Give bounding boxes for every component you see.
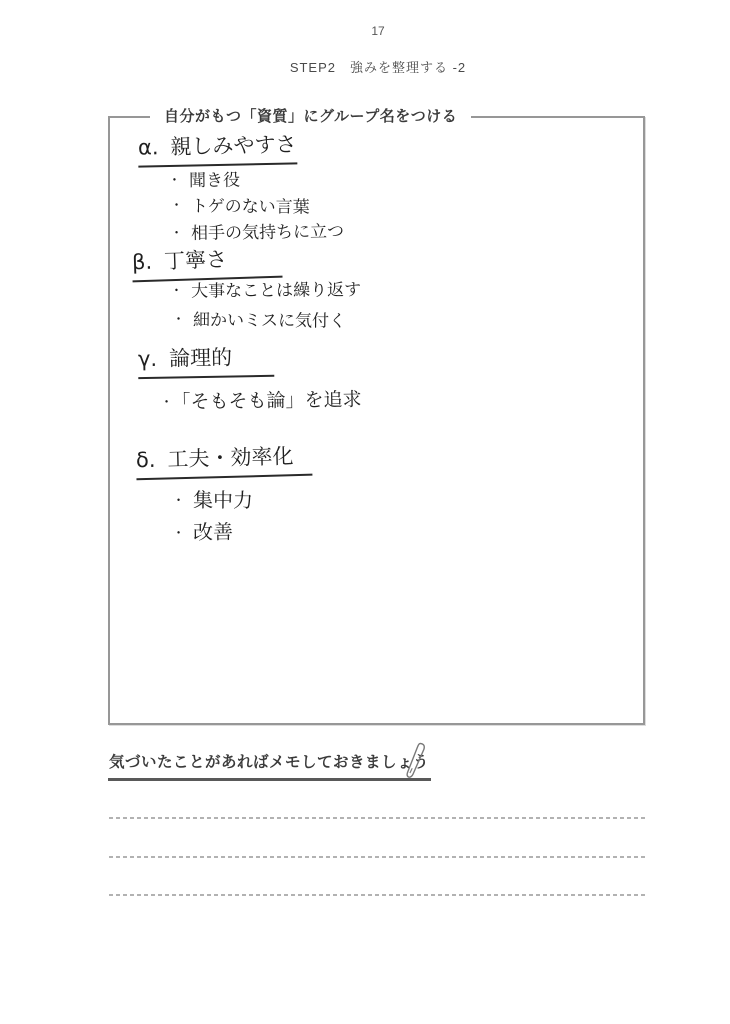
group-name: 親しみやすさ <box>170 132 296 159</box>
bullet-mark: ・ <box>172 312 185 327</box>
pen-icon <box>400 740 430 782</box>
strength-item: ・聞き役 <box>168 166 240 192</box>
memo-line <box>109 894 645 896</box>
item-text: トゲのない言葉 <box>191 197 310 218</box>
group-name: 工夫・効率化 <box>167 444 294 471</box>
step-header: STEP2 強みを整理する -2 <box>13 57 730 76</box>
bullet-mark: ・ <box>172 494 185 509</box>
page-number: 17 <box>13 24 730 38</box>
item-text: 集中力 <box>193 488 253 513</box>
strength-item: ・集中力 <box>172 484 253 514</box>
item-text: 「そもそも論」を追求 <box>181 389 362 414</box>
strength-item: ・「そもそも論」を追求 <box>160 385 362 415</box>
item-text: 改善 <box>193 520 233 544</box>
strength-item: ・相手の気持ちに立つ <box>170 217 344 244</box>
strength-item: ・細かいミスに気付く <box>172 305 346 331</box>
group-label: γ. <box>138 347 158 371</box>
strength-item: ・大事なことは繰り返す <box>170 275 361 302</box>
worksheet-title: 自分がもつ「資質」にグループ名をつける <box>150 105 471 126</box>
memo-line <box>109 856 645 858</box>
item-text: 大事なことは繰り返す <box>191 280 361 301</box>
group-label: β. <box>132 250 153 275</box>
item-text: 聞き役 <box>189 171 240 192</box>
group-name: 論理的 <box>169 346 232 371</box>
bullet-mark: ・ <box>168 173 181 188</box>
group-label: δ. <box>136 448 156 473</box>
item-text: 相手の気持ちに立つ <box>191 222 344 244</box>
bullet-mark: ・ <box>160 395 173 410</box>
bullet-mark: ・ <box>170 284 183 299</box>
workbook-page: 17 STEP2 強みを整理する -2 自分がもつ「資質」にグループ名をつける … <box>0 0 730 1024</box>
group-name: 丁寧さ <box>164 247 228 273</box>
group-header-alpha: α.親しみやすさ <box>138 128 297 167</box>
group-header-delta: δ.工夫・効率化 <box>136 440 312 481</box>
group-header-gamma: γ.論理的 <box>138 341 275 379</box>
memo-line <box>109 817 645 819</box>
strength-item: ・トゲのない言葉 <box>170 191 310 217</box>
item-text: 細かいミスに気付く <box>193 311 346 332</box>
strength-item: ・改善 <box>172 516 233 546</box>
bullet-mark: ・ <box>170 226 183 241</box>
memo-heading: 気づいたことがあればメモしておきましょう <box>108 750 431 781</box>
bullet-mark: ・ <box>172 526 185 541</box>
group-label: α. <box>138 135 159 159</box>
bullet-mark: ・ <box>170 198 183 213</box>
